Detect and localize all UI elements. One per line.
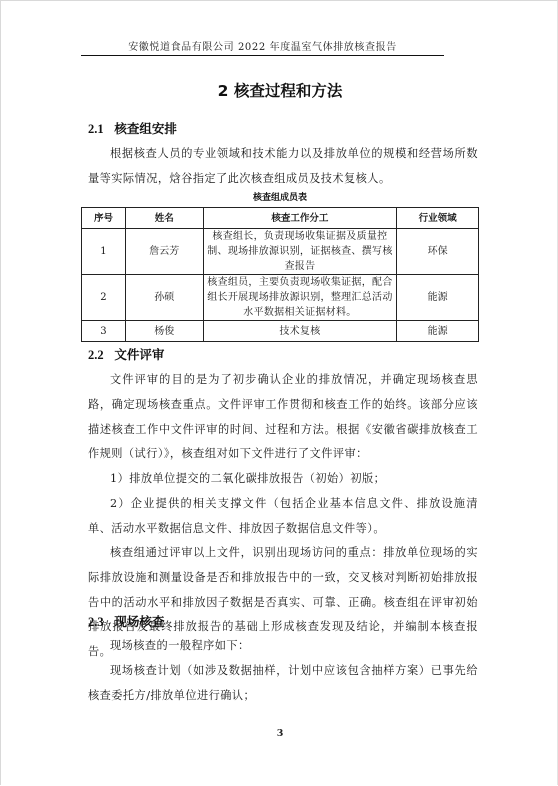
cell-field: 能源 xyxy=(397,321,479,342)
running-header: 安徽悦道食品有限公司 2022 年度温室气体排放核查报告 xyxy=(81,42,444,54)
paragraph: 根据核查人员的专业领域和技术能力以及排放单位的规模和经营场所数量等实际情况，焓谷… xyxy=(88,142,478,192)
chapter-title: 2 核查过程和方法 xyxy=(1,81,558,101)
paragraph: 现场核查的一般程序如下： xyxy=(88,634,478,659)
section-title: 核查组安排 xyxy=(114,121,177,136)
list-item: 2）企业提供的相关支撑文件（包括企业基本信息文件、排放设施清单、活动水平数据信息… xyxy=(88,492,478,542)
paragraph: 文件评审的目的是为了初步确认企业的排放情况，并确定现场核查思路，确定现场核查重点… xyxy=(88,368,478,467)
column-header-name: 姓名 xyxy=(125,208,203,229)
list-item: 1）排放单位提交的二氧化碳排放报告（初始）初版； xyxy=(88,467,478,492)
members-table: 序号 姓名 核查工作分工 行业领域 1 詹云芳 核查组长，负责现场收集证据及质量… xyxy=(81,207,479,342)
section-heading-2-1: 2.1 核查组安排 xyxy=(88,121,177,137)
section-title: 现场核查 xyxy=(114,614,164,629)
cell-name: 詹云芳 xyxy=(125,229,203,275)
table-row: 1 詹云芳 核查组长，负责现场收集证据及质量控制、现场排放源识别，证据核查、撰写… xyxy=(82,229,479,275)
table-row: 3 杨俊 技术复核 能源 xyxy=(82,321,479,342)
section-number: 2.2 xyxy=(88,347,110,363)
paragraph: 现场核查计划（如涉及数据抽样，计划中应该包含抽样方案）已事先给核查委托方/排放单… xyxy=(88,659,478,709)
page-number: 3 xyxy=(1,728,558,739)
table-header-row: 序号 姓名 核查工作分工 行业领域 xyxy=(82,208,479,229)
section-number: 2.3 xyxy=(88,614,110,630)
section-heading-2-2: 2.2 文件评审 xyxy=(88,347,164,363)
cell-name: 孙硕 xyxy=(125,275,203,321)
cell-no: 2 xyxy=(82,275,126,321)
section-title: 文件评审 xyxy=(114,347,164,362)
cell-name: 杨俊 xyxy=(125,321,203,342)
table-caption: 核查组成员表 xyxy=(1,193,558,204)
cell-no: 1 xyxy=(82,229,126,275)
document-page: 安徽悦道食品有限公司 2022 年度温室气体排放核查报告 2 核查过程和方法 2… xyxy=(0,0,558,785)
cell-duty: 核查组员，主要负责现场收集证据，配合组长开展现场排放源识别，整理汇总活动水平数据… xyxy=(203,275,396,321)
header-rule xyxy=(81,55,444,56)
column-header-no: 序号 xyxy=(82,208,126,229)
section-heading-2-3: 2.3 现场核查 xyxy=(88,614,164,630)
table-row: 2 孙硕 核查组员，主要负责现场收集证据，配合组长开展现场排放源识别，整理汇总活… xyxy=(82,275,479,321)
cell-field: 能源 xyxy=(397,275,479,321)
column-header-duty: 核查工作分工 xyxy=(203,208,396,229)
cell-duty: 技术复核 xyxy=(203,321,396,342)
cell-no: 3 xyxy=(82,321,126,342)
cell-duty: 核查组长，负责现场收集证据及质量控制、现场排放源识别，证据核查、撰写核查报告 xyxy=(203,229,396,275)
cell-field: 环保 xyxy=(397,229,479,275)
column-header-field: 行业领域 xyxy=(397,208,479,229)
section-number: 2.1 xyxy=(88,121,110,137)
